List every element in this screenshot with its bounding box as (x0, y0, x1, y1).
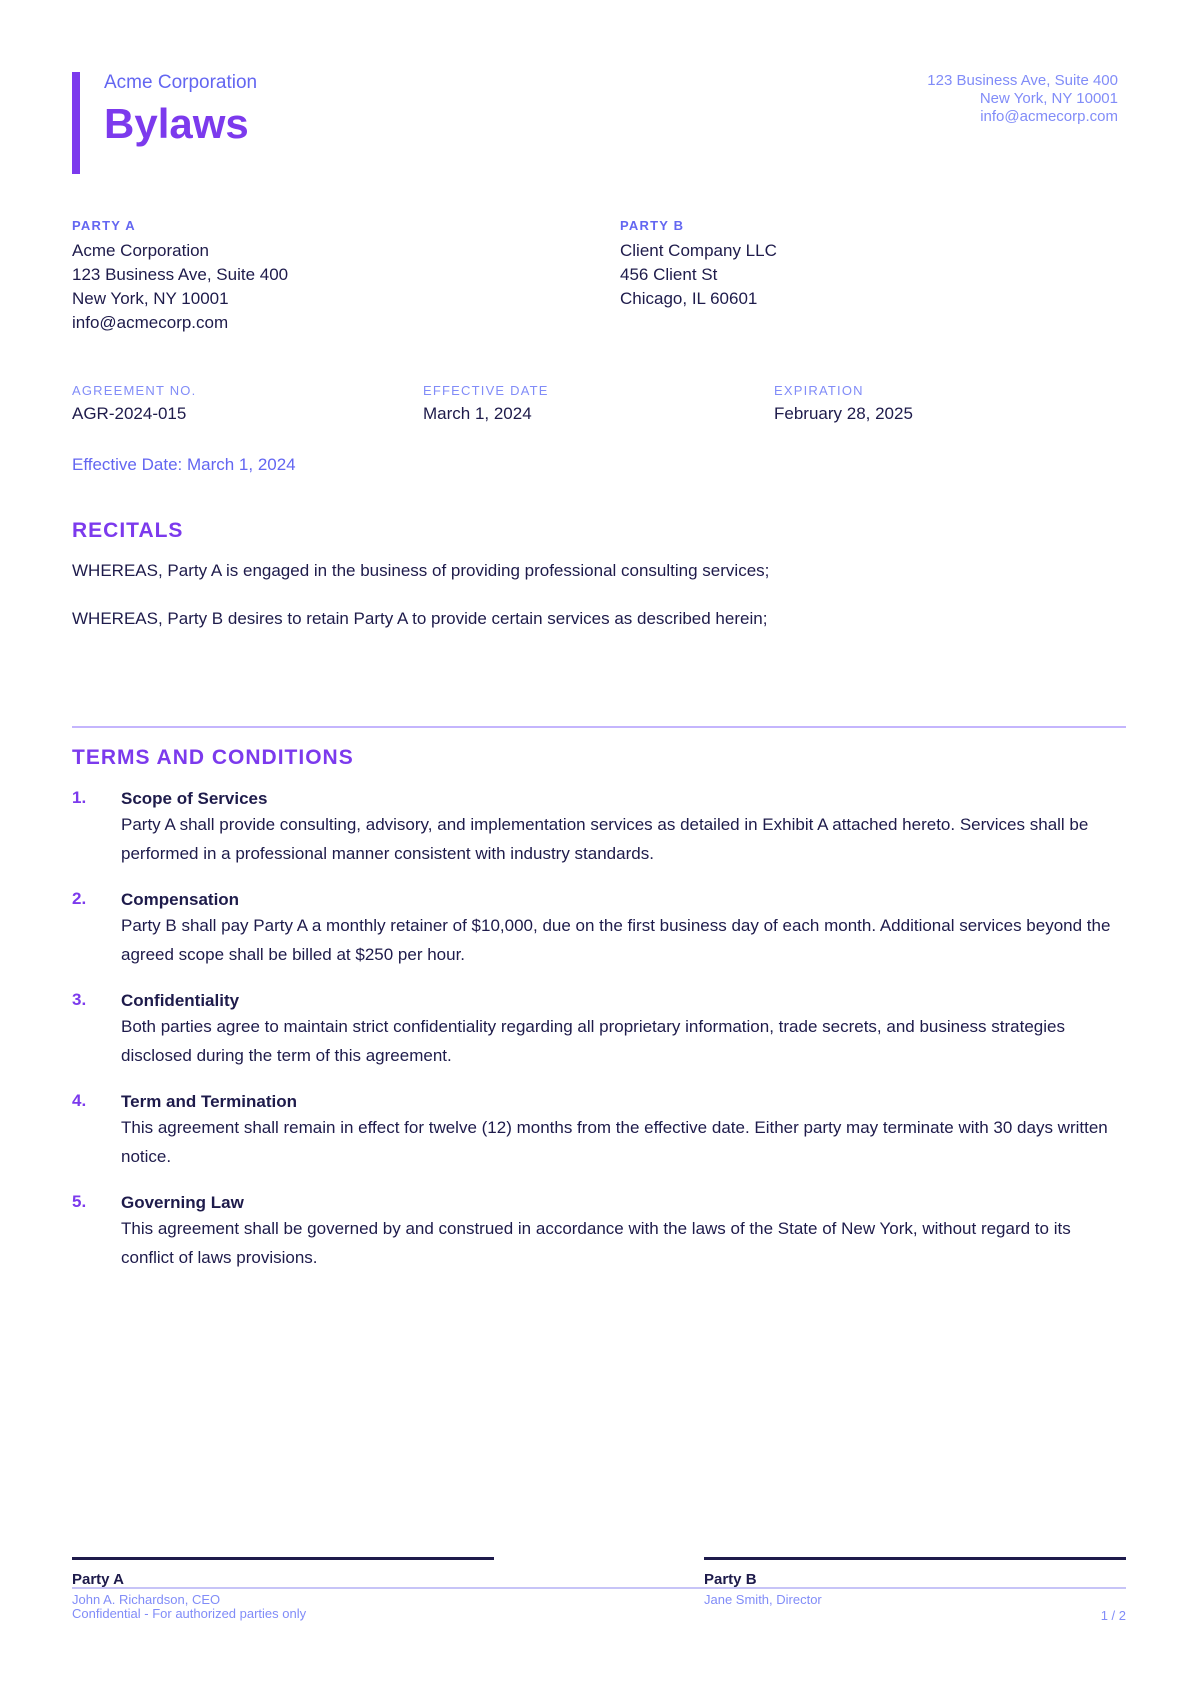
header-accent-bar (72, 72, 80, 174)
term-item: 3. Confidentiality Both parties agree to… (72, 990, 1126, 1070)
party-a-block: PARTY A Acme Corporation 123 Business Av… (72, 218, 288, 335)
term-number: 1. (72, 788, 86, 808)
section-divider (72, 726, 1126, 728)
party-a-label: PARTY A (72, 218, 288, 233)
page-number: 1 / 2 (1101, 1608, 1126, 1623)
term-title: Term and Termination (121, 1091, 1126, 1113)
term-title: Governing Law (121, 1192, 1126, 1214)
effective-date-note: Effective Date: March 1, 2024 (72, 455, 296, 475)
header-address: 123 Business Ave, Suite 400 New York, NY… (927, 72, 1118, 126)
party-a-street: 123 Business Ave, Suite 400 (72, 263, 288, 287)
term-item: 4. Term and Termination This agreement s… (72, 1091, 1126, 1171)
term-number: 4. (72, 1091, 86, 1111)
party-a-signature-line (72, 1557, 494, 1560)
term-title: Compensation (121, 889, 1126, 911)
term-number: 5. (72, 1192, 86, 1212)
expiration-value: February 28, 2025 (774, 404, 913, 424)
term-number: 3. (72, 990, 86, 1010)
header-address-line: New York, NY 10001 (927, 90, 1118, 108)
party-a-name: Acme Corporation (72, 239, 288, 263)
term-title: Confidentiality (121, 990, 1126, 1012)
term-item: 5. Governing Law This agreement shall be… (72, 1192, 1126, 1272)
term-item: 1. Scope of Services Party A shall provi… (72, 788, 1126, 868)
effective-date-label: EFFECTIVE DATE (423, 383, 549, 398)
expiration-field: EXPIRATION February 28, 2025 (774, 383, 913, 424)
term-body: This agreement shall be governed by and … (121, 1214, 1126, 1272)
terms-heading: TERMS AND CONDITIONS (72, 746, 354, 770)
term-number: 2. (72, 889, 86, 909)
recital-item: WHEREAS, Party B desires to retain Party… (72, 609, 767, 629)
company-name: Acme Corporation (104, 72, 257, 94)
effective-date-field: EFFECTIVE DATE March 1, 2024 (423, 383, 549, 424)
document-page: Acme Corporation Bylaws 123 Business Ave… (0, 0, 1190, 1683)
recital-item: WHEREAS, Party A is engaged in the busin… (72, 561, 769, 581)
term-body: Party B shall pay Party A a monthly reta… (121, 911, 1126, 969)
effective-date-value: March 1, 2024 (423, 404, 549, 424)
expiration-label: EXPIRATION (774, 383, 913, 398)
term-item: 2. Compensation Party B shall pay Party … (72, 889, 1126, 969)
party-a-signature-label: Party A (72, 1571, 124, 1588)
header-email: info@acmecorp.com (927, 108, 1118, 126)
agreement-number-value: AGR-2024-015 (72, 404, 196, 424)
party-b-street: 456 Client St (620, 263, 777, 287)
confidentiality-note: Confidential - For authorized parties on… (72, 1606, 306, 1621)
term-body: Party A shall provide consulting, adviso… (121, 810, 1126, 868)
party-b-label: PARTY B (620, 218, 777, 233)
document-title: Bylaws (104, 100, 249, 148)
party-a-email: info@acmecorp.com (72, 311, 288, 335)
party-a-city: New York, NY 10001 (72, 287, 288, 311)
agreement-number-label: AGREEMENT NO. (72, 383, 196, 398)
party-b-block: PARTY B Client Company LLC 456 Client St… (620, 218, 777, 311)
party-b-signatory: Jane Smith, Director (704, 1592, 822, 1607)
recitals-heading: RECITALS (72, 519, 183, 543)
party-a-signatory: John A. Richardson, CEO (72, 1592, 220, 1607)
party-b-signature-label: Party B (704, 1571, 757, 1588)
header-address-line: 123 Business Ave, Suite 400 (927, 72, 1118, 90)
agreement-number-field: AGREEMENT NO. AGR-2024-015 (72, 383, 196, 424)
term-body: Both parties agree to maintain strict co… (121, 1012, 1126, 1070)
party-b-name: Client Company LLC (620, 239, 777, 263)
party-b-city: Chicago, IL 60601 (620, 287, 777, 311)
term-body: This agreement shall remain in effect fo… (121, 1113, 1126, 1171)
footer-rule (72, 1587, 1126, 1589)
term-title: Scope of Services (121, 788, 1126, 810)
party-b-signature-line (704, 1557, 1126, 1560)
